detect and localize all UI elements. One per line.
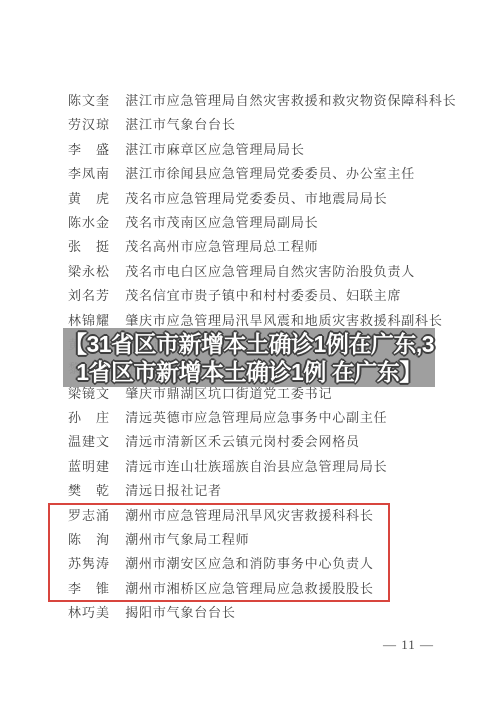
table-row: 梁永松 茂名市电白区应急管理局自然灾害防治股负责人 <box>68 260 488 284</box>
awardee-office: 湛江市徐闻县应急管理局党委委员、办公室主任 <box>125 162 415 186</box>
table-row: 黄 虎 茂名市应急管理局党委委员、市地震局局长 <box>68 187 488 211</box>
awardee-name: 陈水金 <box>68 211 114 235</box>
document-page: 陈文奎 湛江市应急管理局自然灾害救援和救灾物资保障科科长 劳汉琼 湛江市气象台台… <box>0 0 500 707</box>
awardee-office: 茂名市电白区应急管理局自然灾害防治股负责人 <box>125 260 415 284</box>
awardee-name: 梁永松 <box>68 260 114 284</box>
awardee-name: 李凤南 <box>68 162 114 186</box>
table-row: 刘名芳 茂名信宜市贵子镇中和村村委委员、妇联主席 <box>68 284 488 308</box>
awardee-name: 黄 虎 <box>68 187 114 211</box>
table-row: 李凤南 湛江市徐闻县应急管理局党委委员、办公室主任 <box>68 162 488 186</box>
table-row: 陈水金 茂名市茂南区应急管理局副局长 <box>68 211 488 235</box>
awardee-office: 清远日报社记者 <box>125 479 222 503</box>
awardee-office: 茂名高州市应急管理局总工程师 <box>125 235 318 259</box>
awardee-name: 劳汉琼 <box>68 113 114 137</box>
awardee-name: 林巧美 <box>68 601 114 625</box>
news-caption-line1: 【31省区市新增本土确诊1例在广东,3 <box>64 330 434 358</box>
awardee-office: 湛江市气象台台长 <box>125 113 235 137</box>
awardee-name: 温建文 <box>68 430 114 454</box>
awardee-office: 揭阳市气象台台长 <box>125 601 235 625</box>
highlight-box <box>48 503 390 602</box>
table-row: 林巧美 揭阳市气象台台长 <box>68 601 488 625</box>
awardee-name: 刘名芳 <box>68 284 114 308</box>
table-row: 孙 庄 清远英德市应急管理局应急事务中心副主任 <box>68 406 488 430</box>
news-caption-overlay: 【31省区市新增本土确诊1例在广东,3 1省区市新增本土确诊1例 在广东】 <box>63 328 435 387</box>
awardee-office: 清远市清新区禾云镇元岗村委会网格员 <box>125 430 360 454</box>
table-row: 李 盛 湛江市麻章区应急管理局局长 <box>68 138 488 162</box>
table-row: 劳汉琼 湛江市气象台台长 <box>68 113 488 137</box>
awardee-office: 清远英德市应急管理局应急事务中心副主任 <box>125 406 387 430</box>
page-number: — 11 — <box>383 637 434 653</box>
awardee-office: 湛江市麻章区应急管理局局长 <box>125 138 304 162</box>
news-caption-line2: 1省区市新增本土确诊1例 在广东】 <box>76 358 421 386</box>
table-row: 樊 乾 清远日报社记者 <box>68 479 488 503</box>
awardee-office: 茂名市应急管理局党委委员、市地震局局长 <box>125 187 387 211</box>
table-row: 陈文奎 湛江市应急管理局自然灾害救援和救灾物资保障科科长 <box>68 89 488 113</box>
table-row: 张 挺 茂名高州市应急管理局总工程师 <box>68 235 488 259</box>
awardee-name: 陈文奎 <box>68 89 114 113</box>
awardee-name: 孙 庄 <box>68 406 114 430</box>
awardee-office: 清远市连山壮族瑶族自治县应急管理局局长 <box>125 455 387 479</box>
awardee-name: 樊 乾 <box>68 479 114 503</box>
awardee-name: 蓝明建 <box>68 455 114 479</box>
awardee-office: 茂名市茂南区应急管理局副局长 <box>125 211 318 235</box>
awardee-name: 李 盛 <box>68 138 114 162</box>
table-row: 蓝明建 清远市连山壮族瑶族自治县应急管理局局长 <box>68 455 488 479</box>
awardee-office: 茂名信宜市贵子镇中和村村委委员、妇联主席 <box>125 284 401 308</box>
awardee-name: 张 挺 <box>68 235 114 259</box>
awardee-office: 湛江市应急管理局自然灾害救援和救灾物资保障科科长 <box>125 89 456 113</box>
table-row: 温建文 清远市清新区禾云镇元岗村委会网格员 <box>68 430 488 454</box>
